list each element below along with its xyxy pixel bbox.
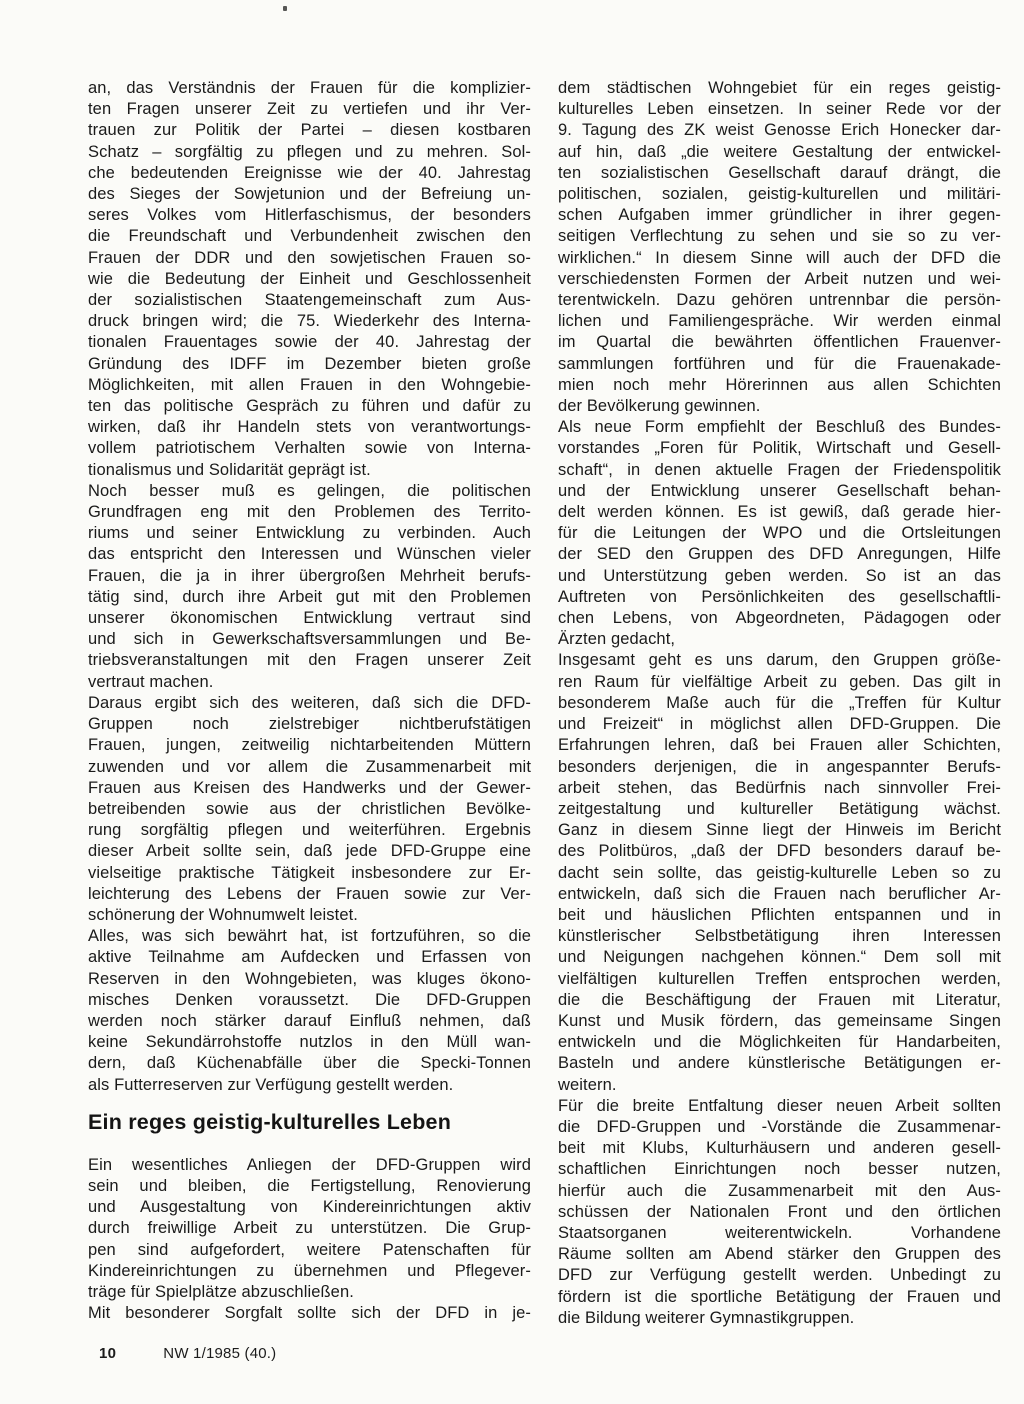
text-line: 9. Tagung des ZK weist Genosse Erich Hon… (558, 120, 1001, 141)
text-line: und der Entwicklung unserer Gesellschaft… (558, 481, 1001, 502)
text-line: beit und häuslichen Pflichten entspannen… (558, 905, 1001, 926)
text-line: riums und seiner Entwicklung zu verbinde… (88, 523, 531, 544)
text-line: Gruppen noch zielstrebiger nichtberufstä… (88, 714, 531, 735)
text-line: und Unterstützung geben werden. So ist a… (558, 566, 1001, 587)
text-line: Insgesamt geht es uns darum, den Gruppen… (558, 650, 1001, 671)
text-line: dem städtischen Wohngebiet für ein reges… (558, 78, 1001, 99)
text-line: Ganz in diesem Sinne liegt der Hinweis i… (558, 820, 1001, 841)
text-line: und Freizeit“ in möglichst allen DFD-Gru… (558, 714, 1001, 735)
text-line: und Neigungen nachgehen können.“ Dem sol… (558, 947, 1001, 968)
text-line: Frauen, die ja in ihrer übergroßen Mehrh… (88, 566, 531, 587)
text-line: für die Leitungen der WPO und die Ortsle… (558, 523, 1001, 544)
text-line: pen sind aufgefordert, weitere Patenscha… (88, 1240, 531, 1261)
text-line: an, das Verständnis der Frauen für die k… (88, 78, 531, 99)
text-line: Auftreten von Persönlichkeiten des gesel… (558, 587, 1001, 608)
text-line: Basteln und andere künstlerische Betätig… (558, 1053, 1001, 1074)
text-line: des Sieges der Sowjetunion und der Befre… (88, 184, 531, 205)
text-line: Frauen, jungen, zeitweilig nichtarbeiten… (88, 735, 531, 756)
text-line: vollem patriotischem Verhalten sowie von… (88, 438, 531, 459)
text-line: kulturelles Leben einsetzen. In seiner R… (558, 99, 1001, 120)
text-line: künstlerischer Selbstbetätigung ihren In… (558, 926, 1001, 947)
paragraph: an, das Verständnis der Frauen für die k… (88, 78, 531, 481)
text-line: Grundfragen eng mit den Problemen des Te… (88, 502, 531, 523)
text-line: trauen zur Politik der Partei – diesen k… (88, 120, 531, 141)
text-line: die Freundschaft und Verbundenheit zwisc… (88, 226, 531, 247)
text-line: entwickeln, daß sich die Frauen nach ber… (558, 884, 1001, 905)
text-line: ten sozialistischen Gesellschaft darauf … (558, 163, 1001, 184)
journal-reference: NW 1/1985 (40.) (163, 1345, 276, 1362)
text-line: als Futterreserven zur Verfügung gestell… (88, 1075, 531, 1096)
text-line: DFD zur Verfügung gestellt werden. Unbed… (558, 1265, 1001, 1286)
text-line: Mit besonderer Sorgfalt sollte sich der … (88, 1303, 531, 1324)
text-line: und sich in Gewerkschaftsversammlungen u… (88, 629, 531, 650)
text-line: vertraut machen. (88, 672, 531, 693)
text-line: die die Beschäftigung der Frauen mit Lit… (558, 990, 1001, 1011)
text-line: das entspricht den Interessen und Wünsch… (88, 544, 531, 565)
paragraph: Insgesamt geht es uns darum, den Gruppen… (558, 650, 1001, 1095)
text-line: schönerung der Wohnumwelt leistet. (88, 905, 531, 926)
text-line: Frauen der DDR und den sowjetischen Frau… (88, 248, 531, 269)
text-line: Schatz – sorgfältig zu pflegen und zu me… (88, 142, 531, 163)
paragraph: Daraus ergibt sich des weiteren, daß sic… (88, 693, 531, 926)
text-line: tionalen Frauentages sowie der 40. Jahre… (88, 332, 531, 353)
text-columns: an, das Verständnis der Frauen für die k… (88, 78, 1000, 1329)
text-line: besonderem Maße auch für die „Treffen fü… (558, 693, 1001, 714)
text-line: Als neue Form empfiehlt der Beschluß des… (558, 417, 1001, 438)
text-line: ten Fragen unserer Zeit zu vertiefen und… (88, 99, 531, 120)
text-line: Erfahrungen lehren, daß bei Frauen aller… (558, 735, 1001, 756)
text-line: terentwickeln. Dazu gehören untrennbar d… (558, 290, 1001, 311)
text-line: leichterung des Lebens der Frauen sowie … (88, 884, 531, 905)
text-line: vielfältigen kulturellen Treffen entspro… (558, 969, 1001, 990)
text-line: triebsveranstaltungen mit den Fragen uns… (88, 650, 531, 671)
text-line: wie die Bedeutung der Einheit und Geschl… (88, 269, 531, 290)
paragraph: Noch besser muß es gelingen, die politis… (88, 481, 531, 693)
text-line: fördern ist die sportliche Betätigung de… (558, 1287, 1001, 1308)
text-line: seres Volkes vom Hitlerfaschismus, der b… (88, 205, 531, 226)
text-line: Noch besser muß es gelingen, die politis… (88, 481, 531, 502)
text-line: Kunst und Musik fördern, das gemeinsame … (558, 1011, 1001, 1032)
text-line: druck bringen wird; die 75. Wiederkehr d… (88, 311, 531, 332)
scan-speckle (283, 6, 287, 11)
text-line: schüssen der Nationalen Front und den ör… (558, 1202, 1001, 1223)
text-line: Gründung des IDFF im Dezember bieten gro… (88, 354, 531, 375)
text-line: rung sorgfältig pflegen und weiterführen… (88, 820, 531, 841)
text-line: Räume sollten am Abend stärker den Grupp… (558, 1244, 1001, 1265)
text-line: wirken, daß ihr Handeln stets von verant… (88, 417, 531, 438)
page-footer: 10 NW 1/1985 (40.) (99, 1345, 276, 1362)
text-line: keine Sekundärrohstoffe nutzlos in den M… (88, 1032, 531, 1053)
paragraph: Für die breite Entfaltung dieser neuen A… (558, 1096, 1001, 1329)
text-line: entwickeln und die Möglichkeiten für Han… (558, 1032, 1001, 1053)
text-line: die Bildung weiterer Gymnastikgruppen. (558, 1308, 1001, 1329)
text-line: vorstandes „Foren für Politik, Wirtschaf… (558, 438, 1001, 459)
text-line: unserer ökonomischen Entwicklung vertrau… (88, 608, 531, 629)
paragraph: Alles, was sich bewährt hat, ist fortzuf… (88, 926, 531, 1096)
paragraph: Als neue Form empfiehlt der Beschluß des… (558, 417, 1001, 650)
scanned-page: an, das Verständnis der Frauen für die k… (0, 0, 1024, 1404)
text-line: politischen, sozialen, geistig-kulturell… (558, 184, 1001, 205)
text-line: durch freiwillige Arbeit zu unterstützen… (88, 1218, 531, 1239)
text-line: der SED den Gruppen des DFD Anregungen, … (558, 544, 1001, 565)
text-line: zeitgestaltung und kultureller Betätigun… (558, 799, 1001, 820)
text-line: betreibenden sowie aus der christlichen … (88, 799, 531, 820)
text-line: werden noch stärker darauf Einfluß nehme… (88, 1011, 531, 1032)
text-line: ren Raum für vielfältige Arbeit zu geben… (558, 672, 1001, 693)
text-line: schaft“, in denen aktuelle Fragen der Fr… (558, 460, 1001, 481)
text-line: seitigen Verflechtung zu sehen und sie s… (558, 226, 1001, 247)
text-line: im Quartal die bewährten öffentlichen Fr… (558, 332, 1001, 353)
left-column: an, das Verständnis der Frauen für die k… (88, 78, 531, 1329)
text-line: dacht sein sollte, das geistig-kulturell… (558, 863, 1001, 884)
text-line: misches Denken voraussetzt. Die DFD-Grup… (88, 990, 531, 1011)
text-line: Alles, was sich bewährt hat, ist fortzuf… (88, 926, 531, 947)
section-heading: Ein reges geistig-kulturelles Leben (88, 1110, 531, 1135)
text-line: wirklichen.“ In diesem Sinne will auch d… (558, 248, 1001, 269)
text-line: dern, daß Küchenabfälle über die Specki-… (88, 1053, 531, 1074)
text-line: weitern. (558, 1075, 1001, 1096)
text-line: dieser Arbeit sollte sein, daß jede DFD-… (88, 841, 531, 862)
text-line: Ärzten gedacht, (558, 629, 1001, 650)
page-number: 10 (99, 1345, 116, 1362)
text-line: beit mit Klubs, Kulturhäusern und andere… (558, 1138, 1001, 1159)
text-line: und Ausgestaltung von Kindereinrichtunge… (88, 1197, 531, 1218)
text-line: des Politbüros, „daß der DFD besonders d… (558, 841, 1001, 862)
text-line: chen Lebens, von Abgeordneten, Pädagogen… (558, 608, 1001, 629)
text-line: Daraus ergibt sich des weiteren, daß sic… (88, 693, 531, 714)
text-line: besonders derjenigen, die in angespannte… (558, 757, 1001, 778)
paragraph: Mit besonderer Sorgfalt sollte sich der … (88, 1303, 531, 1324)
text-line: lichen und Familiengespräche. Wir werden… (558, 311, 1001, 332)
text-line: ten das politische Gespräch zu führen un… (88, 396, 531, 417)
text-line: Kindereinrichtungen zu übernehmen und Pf… (88, 1261, 531, 1282)
text-line: Möglichkeiten, mit allen Frauen in den W… (88, 375, 531, 396)
text-line: delt werden können. Es ist gewiß, daß ge… (558, 502, 1001, 523)
text-line: tionalismus und Solidarität geprägt ist. (88, 460, 531, 481)
text-line: verschiedensten Formen der Arbeit nutzen… (558, 269, 1001, 290)
text-line: der sozialistischen Staatengemeinschaft … (88, 290, 531, 311)
text-line: zuwenden und vor allem die Zusammenarbei… (88, 757, 531, 778)
text-line: sein und bleiben, die Fertigstellung, Re… (88, 1176, 531, 1197)
text-line: vielseitige praktische Tätigkeit insbeso… (88, 863, 531, 884)
text-line: Für die breite Entfaltung dieser neuen A… (558, 1096, 1001, 1117)
text-line: che bedeutenden Ereignisse wie der 40. J… (88, 163, 531, 184)
text-line: Staatsorganen weiterentwickeln. Vorhande… (558, 1223, 1001, 1244)
text-line: schen Aufgaben immer gründlicher in ihre… (558, 205, 1001, 226)
text-line: Frauen aus Kreisen des Handwerks und der… (88, 778, 531, 799)
text-line: Ein wesentliches Anliegen der DFD-Gruppe… (88, 1155, 531, 1176)
text-line: der Bevölkerung gewinnen. (558, 396, 1001, 417)
text-line: die DFD-Gruppen und -Vorstände die Zusam… (558, 1117, 1001, 1138)
text-line: arbeit stehen, das Bedürfnis nach sinnvo… (558, 778, 1001, 799)
text-line: schaftlichen Einrichtungen noch besser n… (558, 1159, 1001, 1180)
text-line: sammlungen fortführen und für die Frauen… (558, 354, 1001, 375)
right-column: dem städtischen Wohngebiet für ein reges… (558, 78, 1001, 1329)
text-line: Reserven in den Wohngebieten, was kluges… (88, 969, 531, 990)
text-line: tätig sind, durch ihre Arbeit gut mit de… (88, 587, 531, 608)
text-line: aktive Teilnahme am Aufdecken und Erfass… (88, 947, 531, 968)
text-line: hierfür auch die Zusammenarbeit mit den … (558, 1181, 1001, 1202)
paragraph: dem städtischen Wohngebiet für ein reges… (558, 78, 1001, 417)
text-line: träge für Spielplätze abzuschließen. (88, 1282, 531, 1303)
paragraph: Ein wesentliches Anliegen der DFD-Gruppe… (88, 1155, 531, 1303)
text-line: mien noch mehr Hörerinnen aus allen Schi… (558, 375, 1001, 396)
text-line: auf hin, daß „die weitere Gestaltung der… (558, 142, 1001, 163)
